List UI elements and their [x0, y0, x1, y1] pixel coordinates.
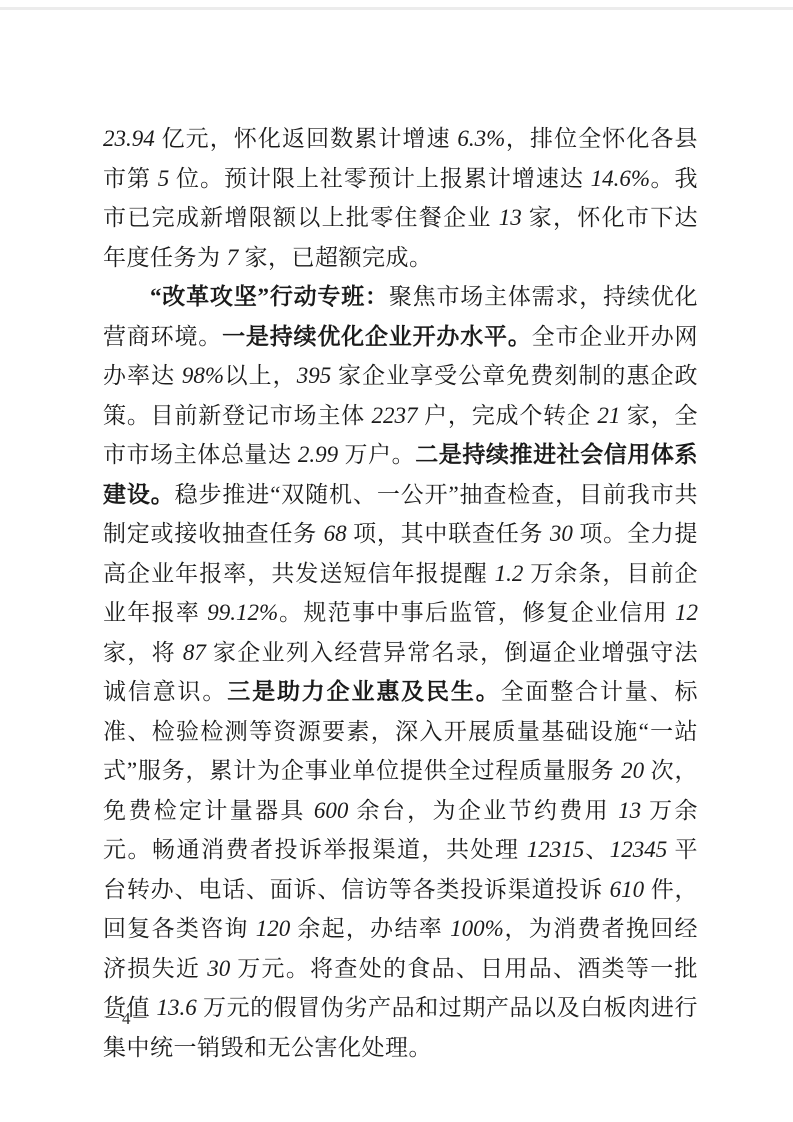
text-segment-num: 20 — [621, 758, 644, 783]
document-body: 23.94 亿元，怀化返回数累计增速 6.3%，排位全怀化各县市第 5 位。预计… — [103, 119, 698, 1067]
page-number: －4－ — [104, 1004, 150, 1029]
text-segment-num: 68 — [324, 521, 347, 546]
text-segment-normal: 万户。 — [338, 442, 415, 467]
text-segment-num: 600 — [314, 798, 349, 823]
text-segment-num: 7 — [227, 245, 239, 270]
page-top-scan-edge — [0, 7, 793, 10]
text-segment-normal: 户，完成个转企 — [418, 403, 598, 428]
text-segment-normal: 位。预计限上社零预计上报累计增速达 — [169, 166, 590, 191]
text-segment-bold: 一是持续优化企业开办水平。 — [222, 324, 532, 349]
text-segment-num: 13.6 — [156, 995, 196, 1020]
text-segment-normal: 家，已超额完成。 — [238, 245, 432, 270]
text-segment-normal: 、 — [584, 837, 610, 862]
paragraph-reform-taskforce: “改革攻坚”行动专班：聚焦市场主体需求，持续优化营商环境。一是持续优化企业开办水… — [103, 277, 698, 1067]
text-segment-bold: “改革攻坚”行动专班： — [150, 284, 389, 309]
text-segment-num: 5 — [158, 166, 170, 191]
text-segment-num: 23.94 — [103, 126, 155, 151]
text-segment-normal: 亿元，怀化返回数累计增速 — [155, 126, 458, 151]
text-segment-normal: 。规范事中事后监管，修复企业信用 — [278, 600, 675, 625]
text-segment-num: 13 — [618, 798, 641, 823]
text-segment-num: 98% — [182, 363, 224, 388]
text-segment-num: 12345 — [610, 837, 668, 862]
text-segment-num: 12315 — [527, 837, 585, 862]
text-segment-normal: 余起，办结率 — [290, 916, 450, 941]
text-segment-num: 395 — [297, 363, 332, 388]
text-segment-normal: 家，将 — [103, 640, 183, 665]
text-segment-num: 21 — [597, 403, 620, 428]
text-segment-num: 12 — [675, 600, 698, 625]
text-segment-num: 2.99 — [298, 442, 338, 467]
text-segment-num: 14.6% — [591, 166, 650, 191]
text-segment-num: 13 — [499, 205, 522, 230]
text-segment-normal: 以上， — [224, 363, 297, 388]
paragraph-retail-stats: 23.94 亿元，怀化返回数累计增速 6.3%，排位全怀化各县市第 5 位。预计… — [103, 119, 698, 277]
text-segment-num: 99.12% — [207, 600, 278, 625]
text-segment-num: 2237 — [372, 403, 418, 428]
text-segment-num: 610 — [610, 877, 645, 902]
text-segment-normal: 项，其中联查任务 — [347, 521, 550, 546]
text-segment-num: 1.2 — [495, 561, 524, 586]
text-segment-num: 120 — [256, 916, 291, 941]
text-segment-num: 87 — [183, 640, 206, 665]
text-segment-num: 30 — [207, 956, 230, 981]
text-segment-normal: 余台，为企业节约费用 — [348, 798, 618, 823]
text-segment-num: 100% — [450, 916, 504, 941]
text-segment-num: 6.3% — [457, 126, 505, 151]
text-segment-bold: 三是助力企业惠及民生。 — [227, 679, 500, 704]
text-segment-num: 30 — [550, 521, 573, 546]
